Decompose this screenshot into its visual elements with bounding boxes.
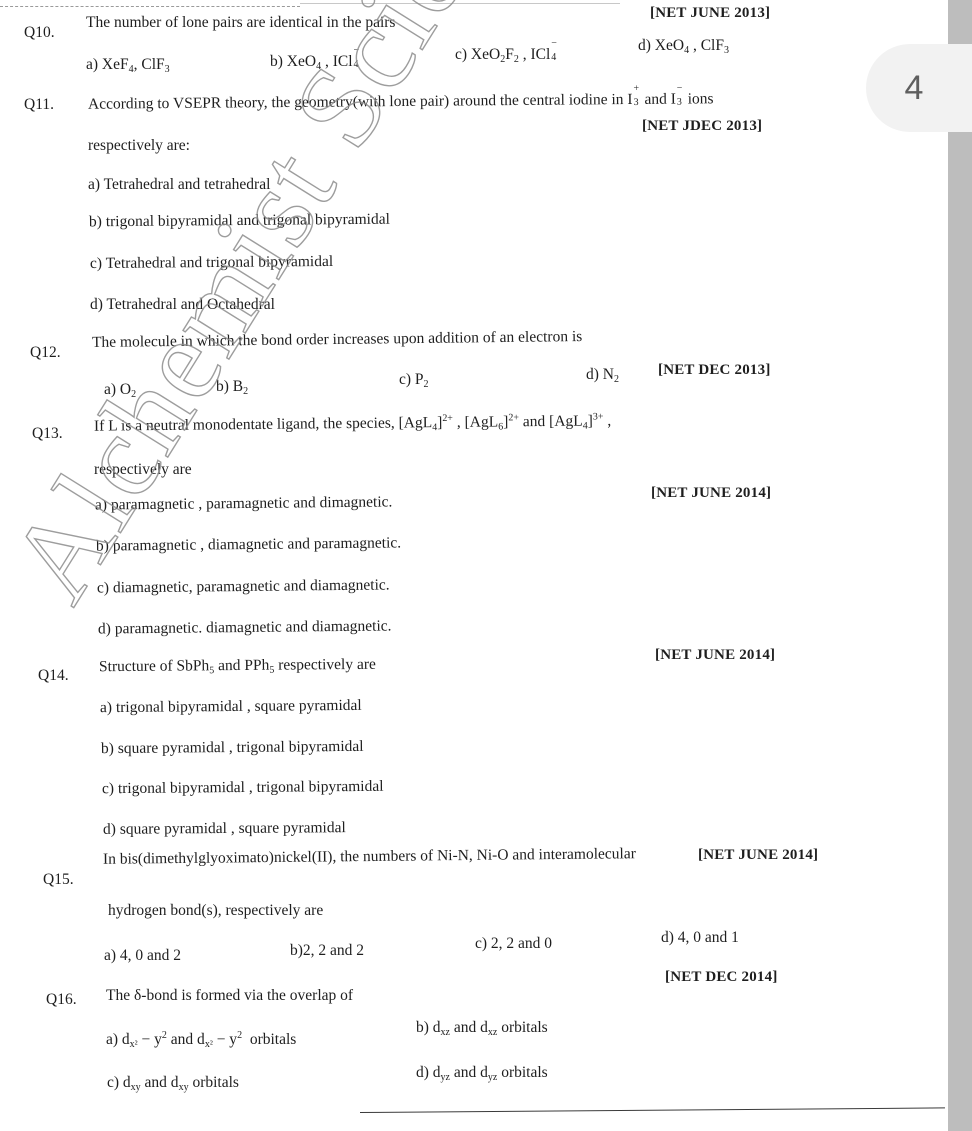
option-a: a) Tetrahedral and tetrahedral: [88, 176, 270, 194]
option-d: d) N2: [586, 366, 619, 389]
question-number: Q14.: [38, 667, 69, 685]
option-c: c) Tetrahedral and trigonal bipyramidal: [90, 253, 333, 273]
option-d: d) square pyramidal , square pyramidal: [103, 819, 346, 839]
option-d: d) 4, 0 and 1: [661, 929, 739, 947]
question-text: The molecule in which the bond order inc…: [92, 328, 582, 352]
option-c: c) P2: [399, 371, 429, 394]
exam-tag: [NET DEC 2014]: [665, 968, 778, 986]
exam-tag: [NET JUNE 2014]: [655, 646, 775, 664]
question-number: Q15.: [43, 871, 74, 889]
question-text: According to VSEPR theory, the geometry(…: [88, 87, 714, 113]
page-bottom-edge: [360, 1107, 945, 1113]
question-text: The δ-bond is formed via the overlap of: [106, 987, 353, 1005]
option-d: d) dyz and dyz orbitals: [416, 1064, 548, 1087]
question-text-line: If L is a neutral monodentate ligand, th…: [94, 415, 395, 435]
option-a: a) paramagnetic , paramagnetic and dimag…: [95, 493, 393, 514]
option-a: a) O2: [104, 381, 136, 404]
option-c: c) dxy and dxy orbitals: [107, 1074, 239, 1097]
exam-tag: [NET DEC 2013]: [658, 361, 771, 379]
page-number-badge: 4: [866, 44, 972, 132]
option-c: c) 2, 2 and 0: [475, 935, 552, 953]
question-text-line2: hydrogen bond(s), respectively are: [108, 902, 323, 920]
question-text-line: According to VSEPR theory, the geometry(…: [88, 91, 624, 113]
option-b: b) B2: [216, 378, 248, 401]
page-top-edge: [0, 6, 300, 7]
option-c: c) trigonal bipyramidal , trigonal bipyr…: [102, 778, 384, 798]
option-b: b) trigonal bipyramidal and trigonal bip…: [89, 211, 390, 232]
question-number: Q10.: [24, 24, 55, 42]
option-a: a) XeF4, ClF3: [86, 56, 170, 79]
option-d: d) paramagnetic. diamagnetic and diamagn…: [98, 617, 392, 638]
question-number: Q13.: [32, 425, 63, 443]
option-a: a) dx² − y2 and dx² − y2 orbitals: [106, 1027, 296, 1054]
option-a: a) 4, 0 and 2: [104, 947, 181, 965]
question-text: Structure of SbPh5 and PPh5 respectively…: [99, 656, 376, 681]
option-d: d) XeO4 , ClF3: [638, 37, 729, 60]
question-text: If L is a neutral monodentate ligand, th…: [94, 408, 612, 440]
exam-tag: [NET JUNE 2013]: [650, 4, 770, 22]
option-c: c) diamagnetic, paramagnetic and diamagn…: [97, 576, 390, 597]
page-top-edge: [300, 3, 620, 4]
option-d: d) Tetrahedral and Octahedral: [90, 296, 275, 314]
exam-tag: [NET JUNE 2014]: [651, 484, 771, 502]
option-b: b)2, 2 and 2: [290, 942, 364, 960]
question-number: Q16.: [46, 991, 77, 1009]
question-number: Q11.: [24, 96, 54, 114]
question-number: Q12.: [30, 344, 61, 362]
question-text: The number of lone pairs are identical i…: [86, 14, 395, 32]
option-a: a) trigonal bipyramidal , square pyramid…: [100, 697, 362, 717]
question-text-line2: respectively are: [94, 461, 192, 479]
vertical-scrollbar[interactable]: [948, 0, 972, 1131]
question-text-line2: respectively are:: [88, 137, 190, 155]
question-text: In bis(dimethylglyoximato)nickel(II), th…: [103, 845, 636, 869]
option-b: b) dxz and dxz orbitals: [416, 1019, 548, 1042]
exam-tag: [NET JUNE 2014]: [698, 846, 818, 864]
option-b: b) paramagnetic , diamagnetic and parama…: [96, 534, 401, 555]
option-b: b) square pyramidal , trigonal bipyramid…: [101, 738, 364, 758]
option-b: b) XeO4 , ICl−4: [270, 50, 361, 76]
option-c: c) XeO2F2 , ICl−4: [455, 43, 558, 69]
exam-tag: [NET JDEC 2013]: [642, 117, 762, 135]
question-text-tail: ions: [688, 90, 714, 107]
document-page: Q10. The number of lone pairs are identi…: [0, 0, 948, 1131]
